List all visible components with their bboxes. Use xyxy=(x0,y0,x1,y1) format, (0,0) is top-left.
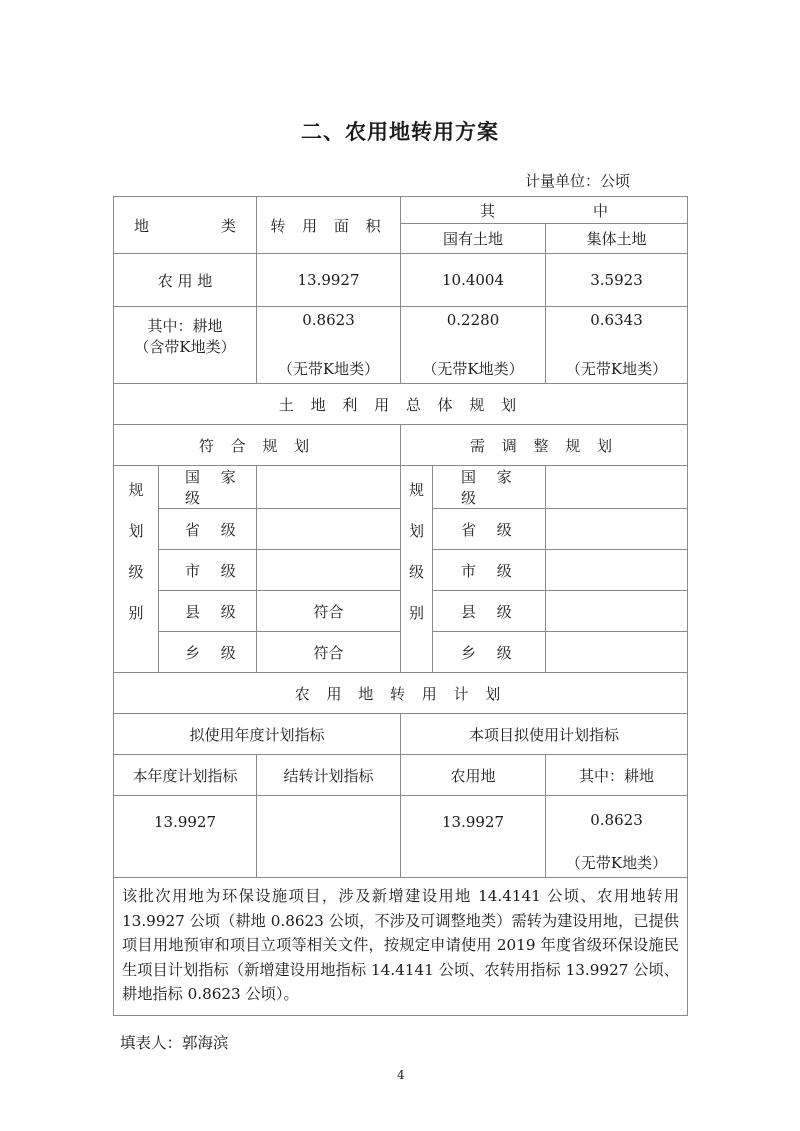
header-state-owned: 国有土地 xyxy=(401,224,546,254)
conform-value xyxy=(257,550,401,591)
annual-indicator-header: 拟使用年度计划指标 xyxy=(114,714,401,755)
subheader-carried-over: 结转计划指标 xyxy=(257,755,401,796)
plan-values-row: 13.9927 13.9927 0.8623（无带K地类） xyxy=(114,796,688,878)
header-of-which: 其中 xyxy=(401,197,688,224)
state-value: 0.2280（无带K地类） xyxy=(401,307,546,384)
conversion-table: 地类 转 用 面 积 其中 国有土地 集体土地 农 用 地 13.9927 10… xyxy=(113,196,688,1016)
page-number: 4 xyxy=(397,1068,405,1082)
agricultural-value: 13.9927 xyxy=(401,796,546,878)
collective-value: 0.6343（无带K地类） xyxy=(546,307,688,384)
conform-header: 符 合 规 划 xyxy=(114,425,401,466)
adjust-value xyxy=(546,591,688,632)
level-name: 乡 级 xyxy=(159,632,257,673)
row-label: 其中：耕地 （含带K地类） xyxy=(114,307,257,384)
this-year-value: 13.9927 xyxy=(114,796,257,878)
level-name: 县 级 xyxy=(159,591,257,632)
table-row: 农 用 地 13.9927 10.4004 3.5923 xyxy=(114,254,688,307)
conform-value: 符合 xyxy=(257,591,401,632)
level-name: 市 级 xyxy=(433,550,546,591)
level-name: 市 级 xyxy=(159,550,257,591)
header-land-type: 地类 xyxy=(114,197,257,254)
collective-value: 3.5923 xyxy=(546,254,688,307)
project-indicator-header: 本项目拟使用计划指标 xyxy=(401,714,688,755)
level-vertical-label: 规划级别 xyxy=(114,466,159,673)
page-title: 二、农用地转用方案 xyxy=(0,116,800,146)
conform-value xyxy=(257,466,401,509)
adjust-value xyxy=(546,466,688,509)
description-text: 该批次用地为环保设施项目，涉及新增建设用地 14.4141 公顷、农用地转用 1… xyxy=(114,878,688,1016)
level-name: 国 家 级 xyxy=(159,466,257,509)
level-name: 县 级 xyxy=(433,591,546,632)
adjust-value xyxy=(546,550,688,591)
filler-name: 填表人：郭海滨 xyxy=(120,1031,229,1053)
subheader-agricultural: 农用地 xyxy=(401,755,546,796)
header-area: 转 用 面 积 xyxy=(257,197,401,254)
level-name: 省 级 xyxy=(433,509,546,550)
adjust-value xyxy=(546,509,688,550)
state-value: 10.4004 xyxy=(401,254,546,307)
level-row: 规划级别 国 家 级 规划级别 国 家 级 xyxy=(114,466,688,509)
unit-label: 计量单位：公顷 xyxy=(525,170,630,191)
carried-over-value xyxy=(257,796,401,878)
table-row: 其中：耕地 （含带K地类） 0.8623（无带K地类） 0.2280（无带K地类… xyxy=(114,307,688,384)
area-value: 0.8623（无带K地类） xyxy=(257,307,401,384)
conversion-plan-header: 农 用 地 转 用 计 划 xyxy=(114,673,688,714)
header-collective: 集体土地 xyxy=(546,224,688,254)
subheader-this-year: 本年度计划指标 xyxy=(114,755,257,796)
level-vertical-label: 规划级别 xyxy=(401,466,433,673)
level-name: 乡 级 xyxy=(433,632,546,673)
row-label: 农 用 地 xyxy=(114,254,257,307)
conform-value xyxy=(257,509,401,550)
adjust-value xyxy=(546,632,688,673)
subheader-cultivated: 其中：耕地 xyxy=(546,755,688,796)
adjust-header: 需 调 整 规 划 xyxy=(401,425,688,466)
area-value: 13.9927 xyxy=(257,254,401,307)
conform-value: 符合 xyxy=(257,632,401,673)
planning-section-header: 土 地 利 用 总 体 规 划 xyxy=(114,384,688,425)
cultivated-value: 0.8623（无带K地类） xyxy=(546,796,688,878)
level-name: 省 级 xyxy=(159,509,257,550)
level-name: 国 家 级 xyxy=(433,466,546,509)
